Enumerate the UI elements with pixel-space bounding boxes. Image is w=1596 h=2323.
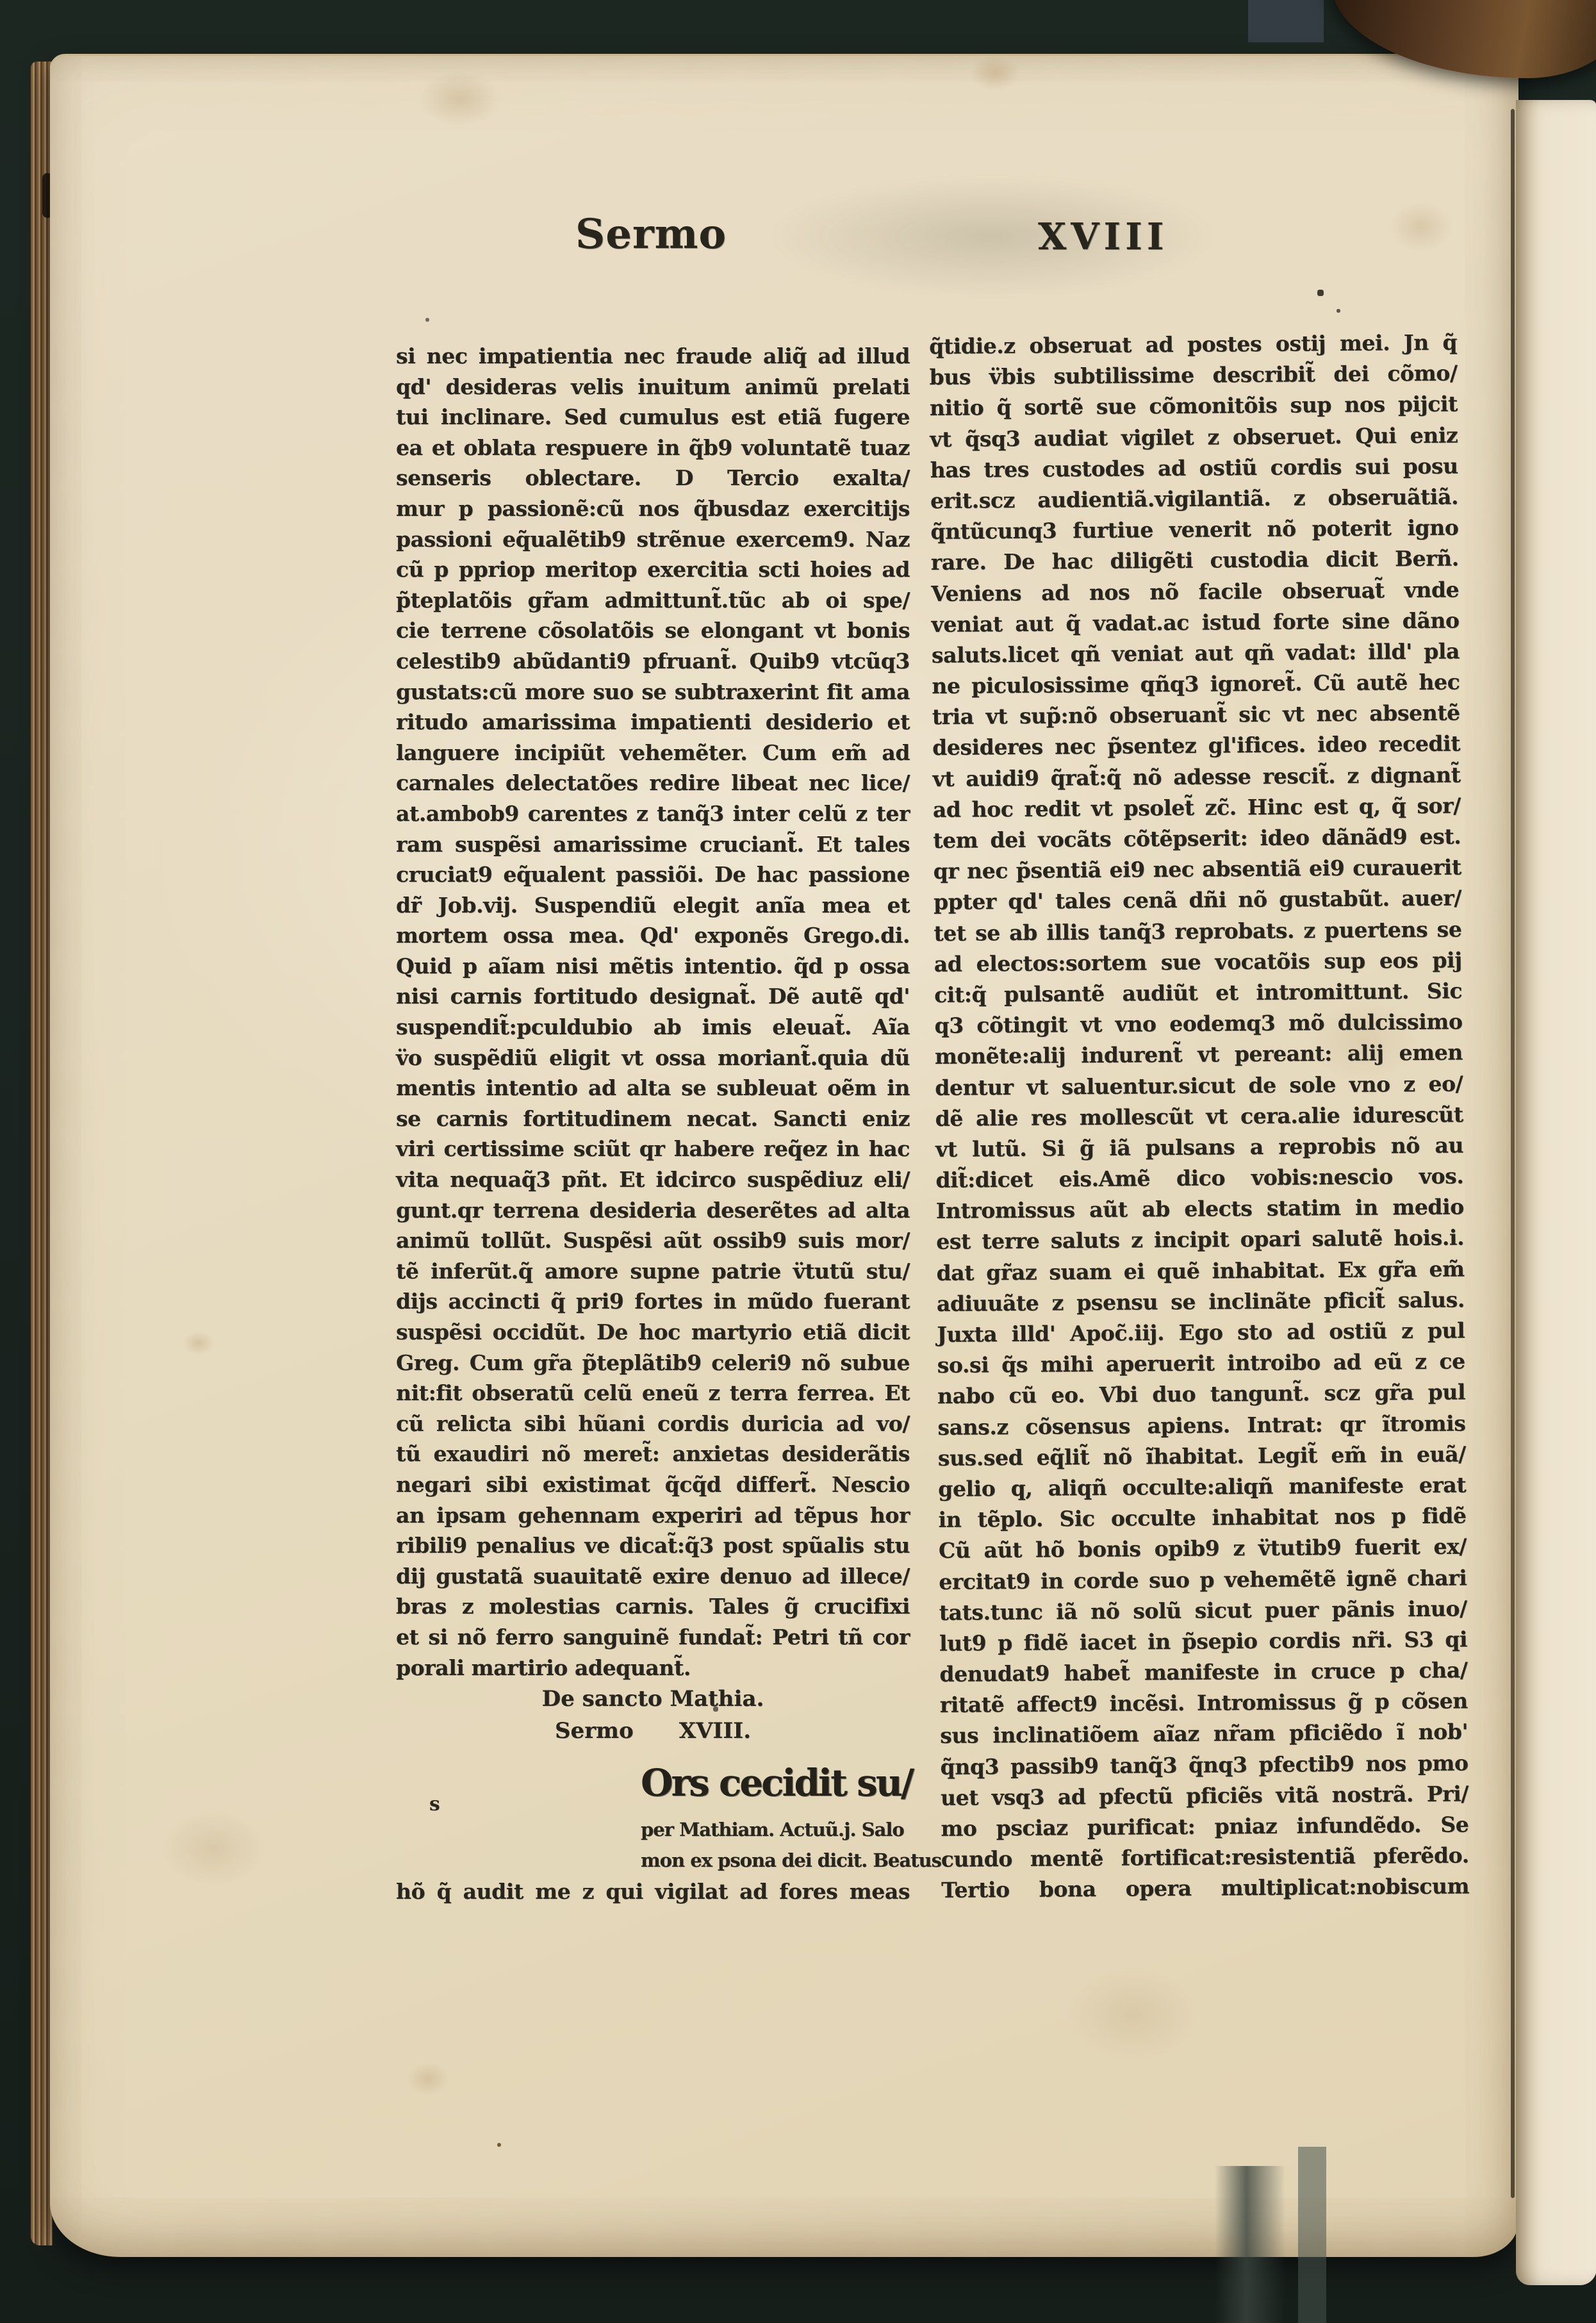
text-line: se carnis fortitudinem necat. Sancti eni… bbox=[396, 1104, 910, 1134]
text-line: so.si q̃s mihi aperuerit introibo ad eũ … bbox=[937, 1346, 1465, 1382]
text-line: si nec impatientia nec fraude aliq̃ ad i… bbox=[396, 341, 910, 372]
book-page: Sermo XVIII si nec impatientia nec fraud… bbox=[50, 54, 1518, 2257]
text-line: mo psciaz purificat: pniaz infundẽdo. Se bbox=[941, 1809, 1468, 1844]
text-line: tria vt sup̃:nõ obseruant̃ sic vt nec ab… bbox=[932, 698, 1460, 733]
text-line: ribili9 penalius ve dicat̃:q̃3 post spũa… bbox=[396, 1530, 910, 1561]
text-line: saluts.licet qñ veniat aut qñ vadat: ill… bbox=[932, 636, 1460, 671]
text-line: et si nõ ferro sanguinẽ fundat̃: Petri t… bbox=[396, 1622, 910, 1653]
text-line: celestib9 abũdanti9 pfruant̃. Quib9 vtcũ… bbox=[396, 646, 910, 677]
text-line: q̃ntũcunq3 furtiue venerit nõ poterit ig… bbox=[930, 513, 1458, 548]
text-line: q̃nq3 passib9 tanq̃3 q̃nq3 pfectib9 nos … bbox=[940, 1748, 1468, 1783]
text-line: q̃tidie.z obseruat ad postes ostij mei. … bbox=[929, 327, 1457, 363]
text-line: Juxta illd' Apoc̃.iij. Ego sto ad ostiũ … bbox=[937, 1315, 1465, 1350]
text-line: est terre saluts z incipit opari salutẽ … bbox=[936, 1223, 1464, 1258]
text-line: tem dei vocãts cõtẽpserit: ideo dãnãd9 e… bbox=[933, 822, 1461, 857]
text-line: dit̃:dicet eis.Amẽ dico vobis:nescio vos… bbox=[935, 1161, 1463, 1196]
text-block: si nec impatientia nec fraude aliq̃ ad i… bbox=[396, 341, 910, 1683]
text-line: at.ambob9 carentes z tanq̃3 inter celũ z… bbox=[396, 798, 910, 829]
text-line: cũ p ppriop meritop exercitia scti hoies… bbox=[396, 554, 910, 585]
text-line: ad electos:sortem sue vocatõis sup eos p… bbox=[934, 945, 1462, 980]
text-line: dẽ alie res mollescũt vt cera.alie idure… bbox=[935, 1099, 1463, 1134]
text-line: suspẽsi occidũt. De hoc martyrio etiã di… bbox=[396, 1317, 910, 1348]
text-line: cũ relicta sibi hũani cordis duricia ad … bbox=[396, 1409, 910, 1439]
text-block: q̃tidie.z obseruat ad postes ostij mei. … bbox=[929, 327, 1469, 1906]
text-line: languere incipiũt vehemẽter. Cum em̃ ad bbox=[396, 738, 910, 768]
text-line: lut9 p fidẽ iacet in p̃sepio cordis nr̃i… bbox=[939, 1624, 1467, 1659]
text-line: qr nec p̃sentiã ei9 nec absentiã ei9 cur… bbox=[933, 852, 1461, 888]
text-line: tats.tunc iã nõ solũ sicut puer pãnis in… bbox=[939, 1593, 1467, 1628]
text-line: ad hoc redit vt psolet̃ zc̃. Hinc est q,… bbox=[933, 790, 1461, 825]
text-line: cruciat9 eq̃ualent passiõi. De hac passi… bbox=[396, 859, 910, 890]
text-line: vita nequaq̃3 pñt. Et idcirco suspẽdiuz … bbox=[396, 1164, 910, 1195]
gutter-shadow bbox=[1511, 109, 1515, 2198]
text-line: an ipsam gehennam experiri ad tẽpus hor bbox=[396, 1500, 910, 1531]
text-line: ppter qd' tales cenã dñi nõ gustabũt. au… bbox=[934, 883, 1461, 918]
book-stand-fragment bbox=[1248, 0, 1324, 42]
text-line: dijs accincti q̃ pri9 fortes in mũdo fue… bbox=[396, 1286, 910, 1317]
text-line: tũ exaudiri nõ meret̃: anxietas desiderã… bbox=[396, 1439, 910, 1469]
background-streak bbox=[1298, 2147, 1326, 2323]
text-line: Veniens ad nos nõ facile obseruat̃ vnde bbox=[931, 574, 1459, 609]
text-line: Greg. Cum gr̃a p̃teplãtib9 celeri9 nõ su… bbox=[396, 1348, 910, 1378]
incipit-full-line: hõ q̃ audit me z qui vigilat ad fores me… bbox=[396, 1876, 910, 1907]
text-column-right: q̃tidie.z obseruat ad postes ostij mei. … bbox=[929, 327, 1469, 1906]
text-line: carnales delectatões redire libeat nec l… bbox=[396, 768, 910, 798]
text-line: nitio q̃ sortẽ sue cõmonitõis sup nos pi… bbox=[930, 389, 1458, 424]
text-line: porali martirio adequant̃. bbox=[396, 1653, 910, 1683]
text-line: desideres nec p̃sentez gl'ifices. ideo r… bbox=[932, 729, 1460, 764]
text-line: ritatẽ affect9 incẽsi. Intromissus g̃ p … bbox=[940, 1686, 1468, 1721]
text-line: ercitat9 in corde suo p vehemẽtẽ ignẽ ch… bbox=[939, 1562, 1467, 1598]
text-line: Intromissus aũt ab elects statim in medi… bbox=[936, 1192, 1464, 1227]
text-line: mur p passionẽ:cũ nos q̃busdaz exercitij… bbox=[396, 493, 910, 524]
text-line: has tres custodes ad ostiũ cordis sui po… bbox=[930, 451, 1458, 486]
guide-letter: s bbox=[429, 1793, 440, 1815]
text-line: cie terrene cõsolatõis se elongant vt bo… bbox=[396, 615, 910, 646]
text-line: viri certissime sciũt qr habere req̃ez i… bbox=[396, 1134, 910, 1164]
text-line: sus inclinatiõem aĩaz nr̃am pficiẽdo ĩ n… bbox=[940, 1717, 1468, 1752]
ink-specks bbox=[50, 54, 51, 55]
text-line: suspendit̃:pculdubio ab imis eleuat̃. Aĩ… bbox=[396, 1012, 910, 1043]
text-line: tet se ab illis tanq̃3 reprobats. z puer… bbox=[934, 914, 1461, 949]
text-line: vt auidi9 q̃rat̃:q̃ nõ adesse rescit̃. z… bbox=[932, 759, 1460, 795]
text-line: nisi carnis fortitudo designat̃. Dẽ autẽ… bbox=[396, 981, 910, 1012]
rubric-sermon-number: Sermo XVIII. bbox=[396, 1715, 910, 1747]
running-title: Sermo bbox=[575, 210, 727, 258]
background-streak bbox=[1215, 2166, 1285, 2323]
text-column-left: si nec impatientia nec fraude aliq̃ ad i… bbox=[396, 341, 910, 1907]
text-line: dr̃ Job.vij. Suspendiũ elegit anĩa mea e… bbox=[396, 890, 910, 921]
text-line: Quid p aĩam nisi mẽtis intentio. q̃d p o… bbox=[396, 951, 910, 982]
text-line: in tẽplo. Sic occulte inhabitat nos p fi… bbox=[938, 1501, 1466, 1536]
next-page-edge bbox=[1516, 100, 1596, 2285]
text-line: senseris oblectare. D Tercio exalta/ bbox=[396, 463, 910, 493]
text-line: rare. De hac diligẽti custodia dicit Ber… bbox=[931, 543, 1459, 579]
text-line: qd' desideras velis inuitum animũ prelat… bbox=[396, 372, 910, 402]
sermon-incipit: s Ors cecidit su/ per Mathiam. Actuũ.j. … bbox=[396, 1751, 910, 1907]
text-line: bras z molestias carnis. Tales g̃ crucif… bbox=[396, 1591, 910, 1622]
text-line: Cũ aũt hõ bonis opib9 z v̈tutib9 fuerit … bbox=[939, 1532, 1467, 1567]
text-line: mortem ossa mea. Qd' exponẽs Grego.di. bbox=[396, 920, 910, 951]
text-line: veniat aut q̃ vadat.ac istud forte sine … bbox=[931, 605, 1459, 640]
text-line: nabo cũ eo. Vbi duo tangunt̃. scz gr̃a p… bbox=[937, 1377, 1465, 1412]
text-line: q3 cõtingit vt vno eodemq3 mõ dulcissimo bbox=[934, 1007, 1462, 1042]
text-line: tui inclinare. Sed cumulus est etiã fuge… bbox=[396, 402, 910, 433]
rubric-saint-title: De sancto Mathia. bbox=[396, 1683, 910, 1715]
text-line: gelio q, aliqñ occulte:aliqñ manifeste e… bbox=[938, 1469, 1466, 1505]
text-line: denudat9 habet̃ manifeste in cruce p cha… bbox=[939, 1655, 1467, 1691]
text-line: dat gr̃az suam ei quẽ inhabitat. Ex gr̃a… bbox=[936, 1253, 1464, 1289]
text-line: adiuuãte z psensu se inclinãte pficit̃ s… bbox=[937, 1284, 1465, 1319]
text-line: cit:q̃ pulsantẽ audiũt et intromittunt. … bbox=[934, 975, 1462, 1011]
text-line: gustats:cũ more suo se subtraxerint fit … bbox=[396, 677, 910, 707]
text-line: tẽ inferũt.q̃ amore supne patrie v̈tutũ … bbox=[396, 1256, 910, 1287]
text-line: vt q̃sq3 audiat vigilet z obseruet. Qui … bbox=[930, 420, 1458, 455]
text-line: uet vsq3 ad pfectũ pficiẽs vitã nostrã. … bbox=[941, 1778, 1468, 1814]
text-line: bus v̈bis subtilissime describit̃ dei cõ… bbox=[929, 358, 1457, 393]
text-line: negari sibi existimat q̃cq̃d differt̃. N… bbox=[396, 1469, 910, 1500]
text-line: dentur vt saluentur.sicut de sole vno z … bbox=[935, 1068, 1463, 1104]
text-line: v̈o suspẽdiũ eligit vt ossa moriant̃.qui… bbox=[396, 1043, 910, 1073]
text-line: gunt.qr terrena desideria deserẽtes ad a… bbox=[396, 1195, 910, 1226]
text-line: animũ tollũt. Suspẽsi aũt ossib9 suis mo… bbox=[396, 1225, 910, 1256]
text-line: ne piculosissime qñq3 ignoret̃. Cũ autẽ … bbox=[932, 667, 1460, 702]
text-line: mentis intentio ad alta se subleuat oẽm … bbox=[396, 1073, 910, 1104]
text-line: sus.sed eq̃lit̃ nõ ĩhabitat. Legit̃ em̃ … bbox=[938, 1439, 1466, 1474]
text-line: ram suspẽsi amarissime cruciant̃. Et tal… bbox=[396, 829, 910, 860]
text-line: sans.z cõsensus apiens. Intrat: qr ĩtrom… bbox=[937, 1408, 1465, 1443]
page-edge-stack bbox=[31, 62, 53, 2245]
text-line: nit:fit obseratũ celũ eneũ z terra ferre… bbox=[396, 1378, 910, 1409]
text-line: dij gustatã suauitatẽ exire denuo ad ill… bbox=[396, 1561, 910, 1592]
text-line: monẽte:alij indurent̃ vt pereant: alij e… bbox=[935, 1037, 1463, 1073]
text-line: ritudo amarissima impatienti desiderio e… bbox=[396, 707, 910, 738]
text-line: cundo mentẽ fortificat:resistentiã pferẽ… bbox=[941, 1840, 1469, 1876]
text-line: passioni eq̃ualẽtib9 strẽnue exercem9. N… bbox=[396, 524, 910, 555]
text-line: ea et oblata respuere in q̃b9 voluntatẽ … bbox=[396, 433, 910, 463]
drop-cap-space: s bbox=[396, 1751, 641, 1876]
chapter-number: XVIII bbox=[1038, 215, 1168, 258]
text-line: erit.scz audientiã.vigilantiã. z obseruã… bbox=[930, 481, 1458, 517]
text-line: p̃teplatõis gr̃am admittunt̃.tũc ab oi s… bbox=[396, 585, 910, 616]
text-line: vt lutũ. Si g̃ iã pulsans a reprobis nõ … bbox=[935, 1130, 1463, 1165]
text-line: Tertio bona opera multiplicat:nobiscum bbox=[941, 1871, 1469, 1906]
